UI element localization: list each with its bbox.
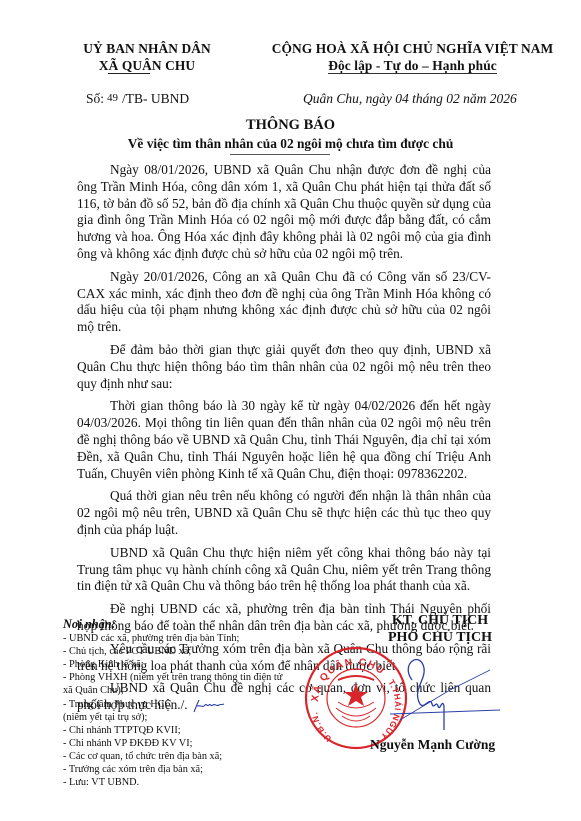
issuing-authority: UỶ BAN NHÂN DÂN XÃ QUÂN CHU — [62, 40, 232, 74]
doc-number-value: 49 — [107, 92, 118, 104]
place-date: Quân Chu, ngày 04 tháng 02 năm 2026 — [303, 91, 517, 107]
recipients-title: Nơi nhận: — [63, 618, 293, 631]
recipient-item: - Trung tâm Phục vụ HCC — [63, 698, 293, 711]
paragraph: Ngày 20/01/2026, Công an xã Quân Chu đã … — [77, 269, 491, 336]
authority-line2: XÃ QUÂN CHU — [62, 57, 232, 74]
authority-line1: UỶ BAN NHÂN DÂN — [62, 40, 232, 57]
recipient-item: - Trưởng các xóm trên địa bàn xã; — [63, 763, 293, 776]
recipient-item: - Chủ tịch, các PCT UBND xã; — [63, 645, 293, 658]
subject-underline — [230, 154, 330, 155]
doc-number-prefix: Số: — [86, 91, 104, 106]
signer-name: Nguyễn Mạnh Cường — [370, 737, 495, 753]
document-page: UỶ BAN NHÂN DÂN XÃ QUÂN CHU CỘNG HOÀ XÃ … — [0, 0, 581, 821]
doc-number-suffix: /TB- UBND — [122, 91, 189, 106]
handwritten-signature-icon — [390, 650, 510, 740]
recipient-item: - Lưu: VT UBND. — [63, 776, 293, 789]
recipient-item: - Chi nhánh VP ĐKĐĐ KV VI; — [63, 737, 293, 750]
national-title: CỘNG HOÀ XÃ HỘI CHỦ NGHĨA VIỆT NAM — [255, 40, 570, 57]
recipient-item: - Chi nhánh TTPTQĐ KVII; — [63, 724, 293, 737]
paragraph: Thời gian thông báo là 30 ngày kể từ ngà… — [77, 398, 491, 482]
paragraph: Ngày 08/01/2026, UBND xã Quân Chu nhận đ… — [77, 162, 491, 263]
recipient-item: - Phòng VHXH (niêm yết trên trang thông … — [63, 671, 293, 697]
paragraph: Để đảm bảo thời gian thực giải quyết đơn… — [77, 342, 491, 392]
recipient-item: - UBND các xã, phường trên địa bàn Tỉnh; — [63, 632, 293, 645]
recipient-item: (niêm yết tại trụ sở); — [63, 711, 293, 724]
signer-role2: PHÓ CHỦ TỊCH — [360, 629, 520, 646]
national-motto: Độc lập - Tự do – Hạnh phúc — [328, 58, 497, 74]
signer-role1: KT. CHỦ TỊCH — [360, 612, 520, 629]
paragraph: Quá thời gian nêu trên nếu không có ngườ… — [77, 488, 491, 538]
document-subject: Về việc tìm thân nhân của 02 ngôi mộ chư… — [0, 136, 581, 152]
paragraph: UBND xã Quân Chu thực hiện niêm yết công… — [77, 545, 491, 595]
document-title: THÔNG BÁO — [0, 117, 581, 134]
signature-block: KT. CHỦ TỊCH PHÓ CHỦ TỊCH — [360, 612, 520, 646]
recipient-item: - Các cơ quan, tổ chức trên địa bàn xã; — [63, 750, 293, 763]
national-header: CỘNG HOÀ XÃ HỘI CHỦ NGHĨA VIỆT NAM Độc l… — [255, 40, 570, 74]
document-number: Số:49/TB- UBND — [86, 91, 189, 107]
recipients-list: Nơi nhận: - UBND các xã, phường trên địa… — [63, 618, 293, 789]
recipient-item: - Phòng Kinh tế xã; — [63, 658, 293, 671]
authority-underline — [108, 73, 150, 74]
